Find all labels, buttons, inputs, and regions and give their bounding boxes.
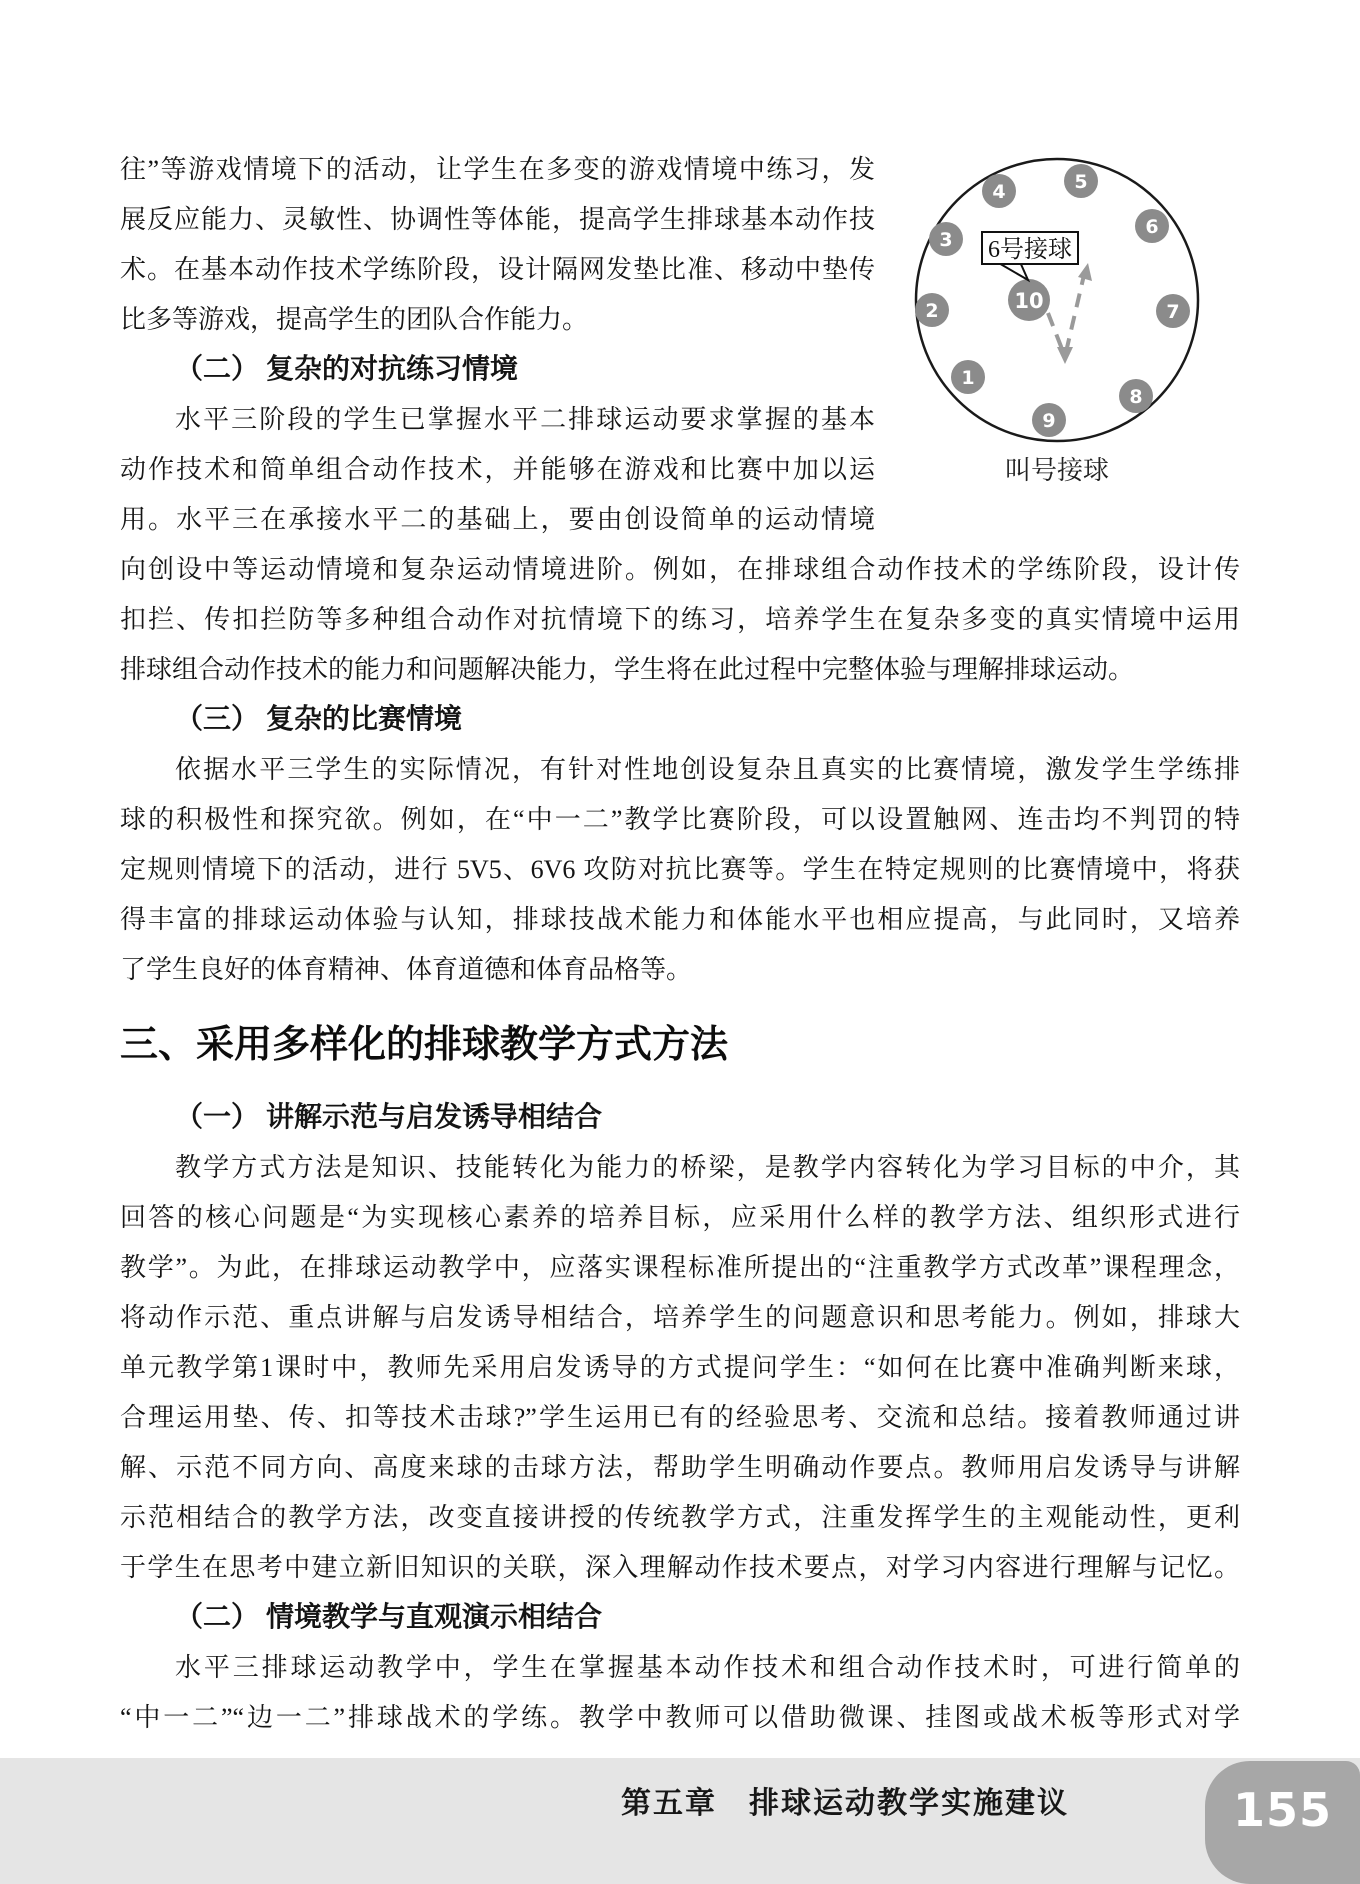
footer-chapter-title: 第五章 排球运动教学实施建议 — [600, 1786, 1090, 1822]
text-line: 了学生良好的体育精神、体育道德和体育品格等。 — [120, 945, 1240, 995]
position-number: 8 — [1129, 386, 1142, 408]
text-line: 合理运用垫、传、扣等技术击球?”学生运用已有的经验思考、交流和总结。接着教师通过… — [120, 1393, 1240, 1443]
text-line: 水平三排球运动教学中，学生在掌握基本动作技术和组合动作技术时，可进行简单的 — [120, 1643, 1240, 1693]
sub-heading: （二） 情境教学与直观演示相结合 — [120, 1593, 1240, 1643]
text-line: 向创设中等运动情境和复杂运动情境进阶。例如，在排球组合动作技术的学练阶段，设计传 — [120, 545, 1240, 595]
position-number: 9 — [1042, 410, 1055, 432]
position-number: 3 — [939, 229, 952, 251]
section-heading: 三、采用多样化的排球教学方式方法 — [120, 1017, 1240, 1073]
text-line: 依据水平三学生的实际情况，有针对性地创设复杂且真实的比赛情境，激发学生学练排 — [120, 745, 1240, 795]
position-number: 4 — [992, 181, 1005, 203]
footer-band: 第五章 排球运动教学实施建议 — [0, 1758, 1360, 1884]
text-line: 将动作示范、重点讲解与启发诱导相结合，培养学生的问题意识和思考能力。例如，排球大 — [120, 1293, 1240, 1343]
text-line: 得丰富的排球运动体验与认知，排球技战术能力和体能水平也相应提高，与此同时，又培养 — [120, 895, 1240, 945]
text-line: 排球组合动作技术的能力和问题解决能力，学生将在此过程中完整体验与理解排球运动。 — [120, 645, 1240, 695]
drill-figure: 123456789106号接球叫号接球 — [885, 145, 1240, 545]
position-number: 1 — [961, 367, 974, 389]
text-line: 单元教学第1课时中，教师先采用启发诱导的方式提问学生：“如何在比赛中准确判断来球… — [120, 1343, 1240, 1393]
page-number-tab: 155 — [1205, 1761, 1360, 1884]
sub-heading: （三） 复杂的比赛情境 — [120, 695, 1240, 745]
position-number: 7 — [1166, 301, 1179, 323]
figure-caption: 叫号接球 — [1005, 456, 1109, 485]
text-line: 教学方式方法是知识、技能转化为能力的桥梁，是教学内容转化为学习目标的中介，其 — [120, 1143, 1240, 1193]
text-line: 示范相结合的教学方法，改变直接讲授的传统教学方式，注重发挥学生的主观能动性，更利 — [120, 1493, 1240, 1543]
text-line: 解、示范不同方向、高度来球的击球方法，帮助学生明确动作要点。教师用启发诱导与讲解 — [120, 1443, 1240, 1493]
text-line: 教学”。为此，在排球运动教学中，应落实课程标准所提出的“注重教学方式改革”课程理… — [120, 1243, 1240, 1293]
text-line: 回答的核心问题是“为实现核心素养的培养目标，应采用什么样的教学方法、组织形式进行 — [120, 1193, 1240, 1243]
position-number: 6 — [1145, 216, 1158, 238]
sub-heading: （一） 讲解示范与启发诱导相结合 — [120, 1093, 1240, 1143]
center-position-number: 10 — [1014, 289, 1043, 313]
text-line: 定规则情境下的活动，进行 5V5、6V6 攻防对抗比赛等。学生在特定规则的比赛情… — [120, 845, 1240, 895]
page-number: 155 — [1205, 1783, 1360, 1837]
drill-circle-outline — [916, 159, 1198, 441]
callout-label: 6号接球 — [988, 236, 1072, 263]
text-line: 扣拦、传扣拦防等多种组合动作对抗情境下的练习，培养学生在复杂多变的真实情境中运用 — [120, 595, 1240, 645]
drill-diagram-svg: 123456789106号接球叫号接球 — [885, 145, 1240, 545]
position-number: 2 — [925, 300, 938, 322]
text-line: 球的积极性和探究欲。例如，在“中一二”教学比赛阶段，可以设置触网、连击均不判罚的… — [120, 795, 1240, 845]
page-body: 123456789106号接球叫号接球 往”等游戏情境下的活动，让学生在多变的游… — [120, 0, 1240, 1743]
text-line: “中一二”“边一二”排球战术的学练。教学中教师可以借助微课、挂图或战术板等形式对… — [120, 1693, 1240, 1743]
text-line: 于学生在思考中建立新旧知识的关联，深入理解动作技术要点，对学习内容进行理解与记忆… — [120, 1543, 1240, 1593]
position-number: 5 — [1074, 171, 1087, 193]
